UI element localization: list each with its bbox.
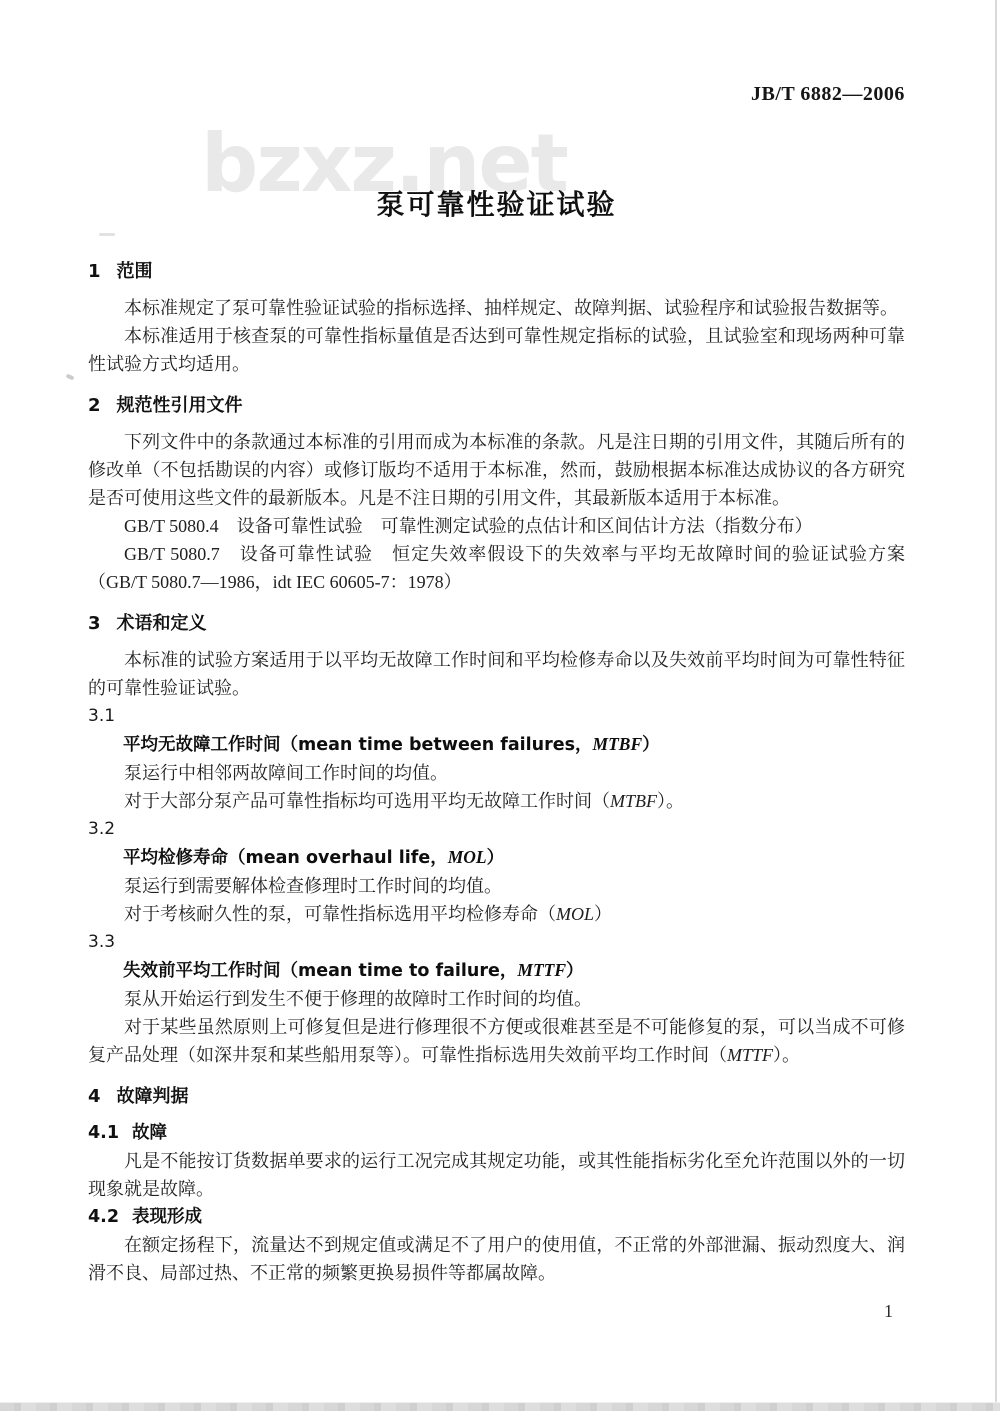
paragraph: 泵运行到需要解体检查修理时工作时间的均值。 (88, 872, 905, 900)
paragraph: GB/T 5080.7 设备可靠性试验 恒定失效率假设下的失效率与平均无故障时间… (88, 540, 905, 596)
clause-title: 规范性引用文件 (117, 395, 243, 416)
paragraph: 对于某些虽然原则上可修复但是进行修理很不方便或很难甚至是不可能修复的泵，可以当成… (88, 1013, 905, 1069)
paragraph: 本标准规定了泵可靠性验证试验的指标选择、抽样规定、故障判据、试验程序和试验报告数… (88, 294, 905, 322)
clause-number: 3.3 (88, 932, 115, 952)
abbreviation-italic: MTBF (610, 791, 657, 811)
paragraph: 对于大部分泵产品可靠性指标均可选用平均无故障工作时间（MTBF）。 (88, 787, 905, 815)
paragraph: 本标准的试验方案适用于以平均无故障工作时间和平均检修寿命以及失效前平均时间为可靠… (88, 646, 905, 702)
clause-title: 故障判据 (117, 1086, 189, 1107)
text-run: 泵从开始运行到发生不便于修理的故障时工作时间的均值。 (124, 989, 592, 1009)
text-run: GB/T 5080.7 设备可靠性试验 恒定失效率假设下的失效率与平均无故障时间… (88, 544, 905, 592)
paragraph: 下列文件中的条款通过本标准的引用而成为本标准的条款。凡是注日期的引用文件，其随后… (88, 428, 905, 512)
clause-3.3: 3.3 (88, 928, 905, 956)
scan-artifact (66, 373, 75, 380)
clause-number: 3 (88, 613, 101, 634)
text-run: ） (642, 735, 660, 755)
abbreviation-italic: MTBF (593, 734, 643, 754)
paragraph: 失效前平均工作时间（mean time to failure，MTTF） (88, 956, 905, 985)
clause-number: 4.2 (88, 1207, 119, 1227)
abbreviation-italic: MTTF (517, 960, 566, 980)
paragraph: 泵运行中相邻两故障间工作时间的均值。 (88, 759, 905, 787)
text-run: 失效前平均工作时间（mean time to failure， (123, 961, 517, 981)
text-run: GB/T 5080.4 设备可靠性试验 可靠性测定试验的点估计和区间估计方法（指… (124, 516, 813, 536)
subheading-4.2: 4.2表现形成 (88, 1203, 905, 1231)
abbreviation-italic: MOL (556, 904, 594, 924)
text-run: 本标准适用于核查泵的可靠性指标量值是否达到可靠性规定指标的试验，且试验室和现场两… (88, 326, 905, 374)
document-body: 1范围本标准规定了泵可靠性验证试验的指标选择、抽样规定、故障判据、试验程序和试验… (88, 258, 905, 1287)
text-run: 凡是不能按订货数据单要求的运行工况完成其规定功能，或其性能指标劣化至允许范围以外… (88, 1151, 905, 1199)
clause-number: 3.2 (88, 819, 115, 839)
heading-3: 3术语和定义 (88, 610, 905, 638)
subheading-4.1: 4.1故障 (88, 1119, 905, 1147)
page-content: 泵可靠性验证试验 1范围本标准规定了泵可靠性验证试验的指标选择、抽样规定、故障判… (88, 0, 905, 1287)
clause-number: 4 (88, 1086, 101, 1107)
paragraph: 平均无故障工作时间（mean time between failures，MTB… (88, 730, 905, 759)
clause-title: 术语和定义 (117, 613, 207, 634)
paragraph: 凡是不能按订货数据单要求的运行工况完成其规定功能，或其性能指标劣化至允许范围以外… (88, 1147, 905, 1203)
scanned-standard-page: JB/T 6882—2006 bzxz.net 泵可靠性验证试验 1范围本标准规… (0, 0, 1000, 1411)
text-run: 对于大部分泵产品可靠性指标均可选用平均无故障工作时间（ (124, 791, 610, 811)
scan-edge-line (995, 0, 997, 1411)
paragraph: 在额定扬程下，流量达不到规定值或满足不了用户的使用值，不正常的外部泄漏、振动烈度… (88, 1231, 905, 1287)
clause-number: 3.1 (88, 706, 115, 726)
clause-title: 表现形成 (132, 1207, 202, 1227)
text-run: 本标准的试验方案适用于以平均无故障工作时间和平均检修寿命以及失效前平均时间为可靠… (88, 650, 905, 698)
text-run: 下列文件中的条款通过本标准的引用而成为本标准的条款。凡是注日期的引用文件，其随后… (88, 432, 905, 508)
clause-number: 4.1 (88, 1123, 119, 1143)
document-title: 泵可靠性验证试验 (88, 0, 905, 222)
text-run: 在额定扬程下，流量达不到规定值或满足不了用户的使用值，不正常的外部泄漏、振动烈度… (88, 1235, 905, 1283)
abbreviation-italic: MTTF (727, 1045, 773, 1065)
text-run: 平均检修寿命（mean overhaul life， (123, 848, 448, 868)
text-run: 本标准规定了泵可靠性验证试验的指标选择、抽样规定、故障判据、试验程序和试验报告数… (124, 298, 898, 318)
scan-artifact (99, 233, 115, 236)
clause-title: 范围 (117, 261, 153, 282)
text-run: ） (487, 848, 505, 868)
text-run: 泵运行到需要解体检查修理时工作时间的均值。 (124, 876, 502, 896)
heading-1: 1范围 (88, 258, 905, 286)
clause-title: 故障 (132, 1123, 167, 1143)
text-run: ）。 (773, 1045, 800, 1065)
paragraph: 平均检修寿命（mean overhaul life，MOL） (88, 843, 905, 872)
text-run: 平均无故障工作时间（mean time between failures， (123, 735, 593, 755)
paragraph: 对于考核耐久性的泵，可靠性指标选用平均检修寿命（MOL） (88, 900, 905, 928)
text-run: 对于考核耐久性的泵，可靠性指标选用平均检修寿命（ (124, 904, 556, 924)
heading-2: 2规范性引用文件 (88, 392, 905, 420)
page-number: 1 (884, 1301, 893, 1322)
clause-number: 1 (88, 261, 101, 282)
clause-number: 2 (88, 395, 101, 416)
abbreviation-italic: MOL (448, 847, 487, 867)
heading-4: 4故障判据 (88, 1083, 905, 1111)
text-run: ） (594, 904, 612, 924)
scan-bottom-strip (0, 1402, 1000, 1411)
paragraph: 泵从开始运行到发生不便于修理的故障时工作时间的均值。 (88, 985, 905, 1013)
paragraph: GB/T 5080.4 设备可靠性试验 可靠性测定试验的点估计和区间估计方法（指… (88, 512, 905, 540)
clause-3.1: 3.1 (88, 702, 905, 730)
text-run: ） (566, 961, 584, 981)
clause-3.2: 3.2 (88, 815, 905, 843)
paragraph: 本标准适用于核查泵的可靠性指标量值是否达到可靠性规定指标的试验，且试验室和现场两… (88, 322, 905, 378)
text-run: ）。 (657, 791, 684, 811)
text-run: 泵运行中相邻两故障间工作时间的均值。 (124, 763, 448, 783)
